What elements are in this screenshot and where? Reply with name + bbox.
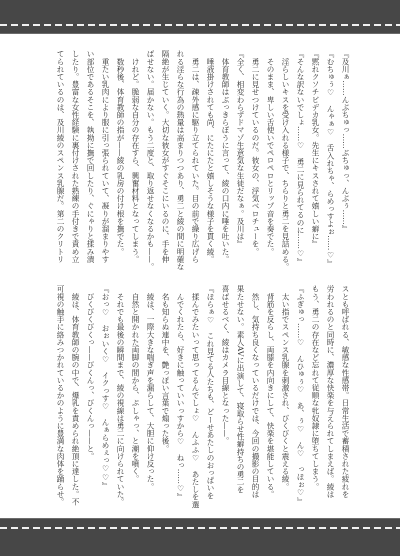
text-column: びくびくびくっ——びくんっ、びくんっ——と。 [83,285,98,507]
text-column: 労われるのと同時に、濃厚な快楽を与えられてしまえば。綾は [323,285,338,507]
text-column: れる淫らな行為の熱量は高まりつつあり、勇二と綾の間に明確な [173,50,188,274]
text-column: い部位であるそこを、執拗に撫で回したり、ぐにゃりと揉み潰 [83,50,98,274]
text-column: 重たい乳肉により服に引っ張られていて、凝りが溜まりやす [98,50,113,274]
bottom-border-bar [0,518,400,556]
text-column: 『むちゅぅ♡ んゃぁ♡ 舌入れちゃ、らめっすよぉ……♡』 [323,50,338,274]
text-column: 然し、気持ち良くなっているだけでは、今回の撮影の目的は [248,285,263,507]
text-column: 果たせない。素人AVに出演して、寝取らせ性癖持ちの勇二を [233,285,248,507]
text-column: 数秒後、体育教師の指が——綾の乳房の付け根を撫でた。 [113,50,128,274]
text-column: 『全く、相変わらずドマゾ生意気な生徒だなぁ。及川は』 [233,50,248,274]
text-column: ばせない。届かない。もう二度と、取り返せなくなるかも——。 [143,50,158,274]
stitch-line-top [0,24,400,26]
text-column: 揉んでみたいって思ってるんでしょ♡ んふふ♡ あたしを選 [188,285,203,507]
text-column: 『ほらぁ♡ これ見てる人たちも、どーせあたしのおっぱいを [203,285,218,507]
text-column: 淫らしいキスを受け入れる様子で、ちらりと勇二を見詰める。 [278,50,293,274]
text-column: 太い指でスペンス乳腺を刺激され、びくびくと震える綾。 [278,285,293,507]
top-border-bar [0,0,400,34]
text-column: 背筋を反らし、両膝を内向きにして、快楽を堪能している。 [263,285,278,507]
text-column: 体育教師はぶっきらぼうに言って、綾の口内に唾を吐いた。 [218,50,233,274]
text-column: 可視の触手に絡みつかれているかのように豊満な肉体を踊らせ。 [53,285,68,507]
text-column: 勇二に見せつけているのだ。彼女の、浮気ベロチューを。 [248,50,263,274]
text-column: 『及川ぁ……んぶちゅっ……ぶちゅっ、んぶぅ……』 [338,50,353,274]
text-column: スとも呼ばれる、敏感な性感帯。日常生活で蓄積された疲れを [338,285,353,507]
text-column: 勇二は、疎外感に駆り立てられていた。目の前で繰り広げら [188,50,203,274]
text-block-upper: 『及川ぁ……んぶちゅっ……ぶちゅっ、んぶぅ……』 『むちゅぅ♡ んゃぁ♡ 舌入れ… [53,50,353,274]
text-column: したり。豊富な女性経験に裏付けされた熟練の手付きで責め立 [68,50,83,274]
text-column: 自然と開かれた両脚の間から、ぷしゃっ、と潮を噴く。 [128,285,143,507]
text-column: 喜ばせるべく、綾はカメラ目線となった——。 [218,285,233,507]
text-column: 綾は、体育教師の腕の中で、爆乳を責められ絶頂に達した。不 [68,285,83,507]
text-column: 唾液掛けされても尚、にたにたと嬉しそうな様子を貫く綾。 [203,50,218,274]
stitch-line-bottom [0,527,400,529]
text-column: そのまま、卑しい舌使いでペロペロとリップ音を奏でた。 [263,50,278,274]
text-column: 『ふぎゅっ……♡ んひゅぅ♡ あ、ぅ♡ ん♡ っほぉ♡』 [293,285,308,507]
text-column: んでくれたら、好きに触っていいっすから♡ ねっ……♡』 [173,285,188,507]
text-column: それでも最後の瞬間まで、綾の視線は勇二に向けられていた。 [113,285,128,507]
text-column: けれど。脆弱な自分の存在すら、興奮材料となってしまう。 [128,50,143,274]
text-column: 名も知らぬ連中を、艶っぽい言葉で煽った後。 [158,285,173,507]
text-block-lower: スとも呼ばれる、敏感な性感帯。日常生活で蓄積された疲れを 労われるのと同時に、濃… [53,285,353,507]
text-column: 『黙れクソチビデカ乳女。先生にキスされて嬉しい癖に』 [308,50,323,274]
text-column: 『おっ♡ おぉいく♡ イクっす♡ んぁらめぇっ♡♡』 [98,285,113,507]
text-column: 隔絶が生じていく。大切な彼女がすぐそこにいるのに、手を伸 [158,50,173,274]
text-column: もう、勇二の存在など忘れて従順な牝奴隷に堕ちてしまう。 [308,285,323,507]
text-column: 『そんな訳ないでしょ……♡ 勇二に見られてるのに……♡』 [293,50,308,274]
text-column: 綾は、一際大きな喘ぎ声を漏らして、大胆に仰け反った。 [143,285,158,507]
text-column: てられているのは、及川綾のスペンス乳腺だ。第二のクリトリ [53,50,68,274]
